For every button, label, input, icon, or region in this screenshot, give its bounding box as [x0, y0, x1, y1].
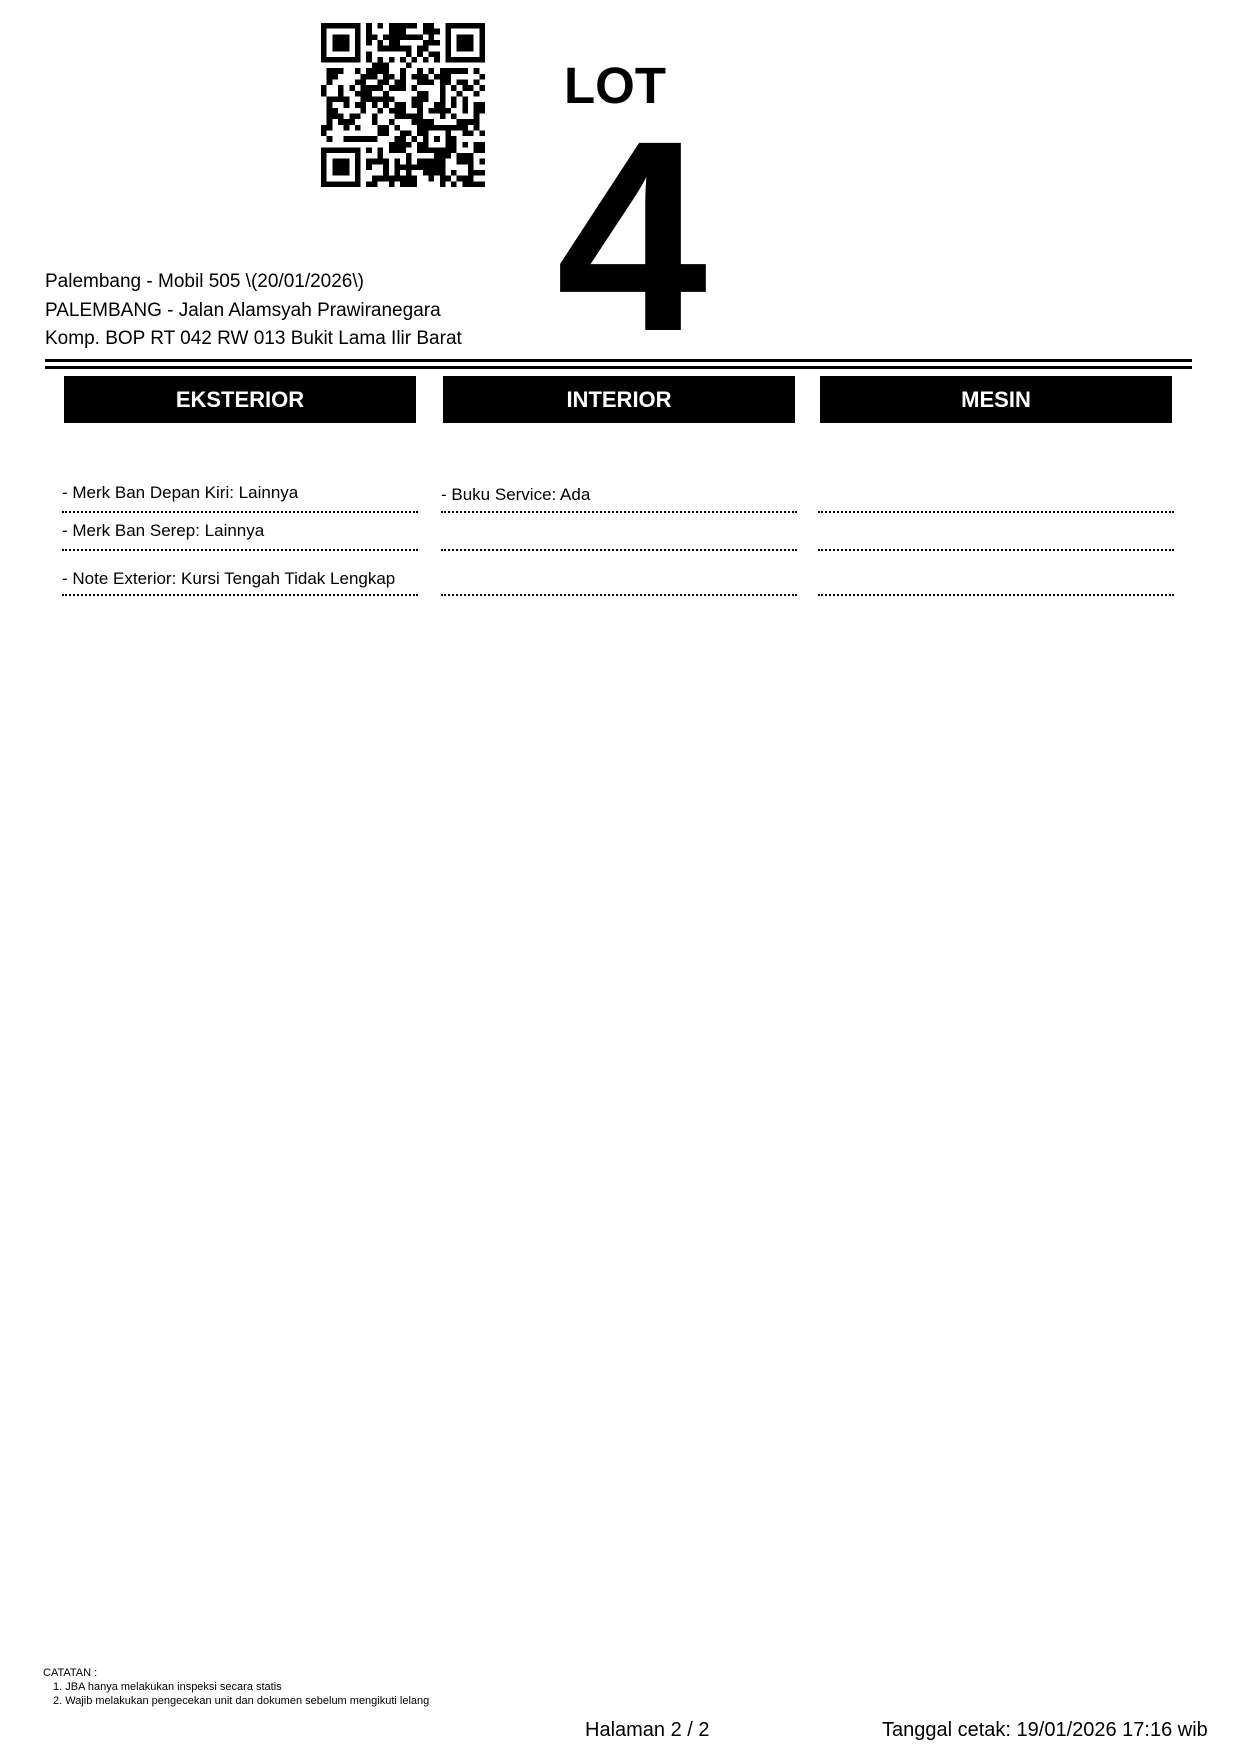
page-number: Halaman 2 / 2 — [585, 1719, 710, 1741]
auction-address-line1: PALEMBANG - Jalan Alamsyah Prawiranegara — [45, 297, 462, 326]
list-item: - Note Exterior: Kursi Tengah Tidak Leng… — [62, 423, 418, 596]
note-item: 1. JBA hanya melakukan inspeksi secara s… — [43, 1680, 429, 1694]
notes: CATATAN : 1. JBA hanya melakukan inspeks… — [43, 1666, 429, 1708]
header-divider — [45, 359, 1192, 362]
section-eksterior: EKSTERIOR - Merk Ban Depan Kiri: Lainnya… — [64, 376, 416, 423]
note-item: 2. Wajib melakukan pengecekan unit dan d… — [43, 1694, 429, 1708]
section-header-eksterior: EKSTERIOR — [64, 376, 416, 423]
header-divider-thin — [45, 366, 1192, 369]
list-item — [818, 423, 1174, 596]
auction-address-line2: Komp. BOP RT 042 RW 013 Bukit Lama Ilir … — [45, 325, 462, 354]
section-header-mesin: MESIN — [820, 376, 1172, 423]
auction-info: Palembang - Mobil 505 \(20/01/2026\) PAL… — [45, 268, 462, 354]
qr-code-icon — [321, 23, 485, 187]
print-date: Tanggal cetak: 19/01/2026 17:16 wib — [882, 1719, 1208, 1741]
lot-number: 4 — [556, 100, 707, 372]
notes-title: CATATAN : — [43, 1666, 429, 1680]
section-header-interior: INTERIOR — [443, 376, 795, 423]
section-mesin: MESIN — [820, 376, 1172, 423]
auction-title: Palembang - Mobil 505 \(20/01/2026\) — [45, 268, 462, 297]
list-item-text: - Note Exterior: Kursi Tengah Tidak Leng… — [62, 569, 402, 589]
list-item — [441, 423, 797, 596]
section-interior: INTERIOR - Buku Service: Ada — [443, 376, 795, 423]
